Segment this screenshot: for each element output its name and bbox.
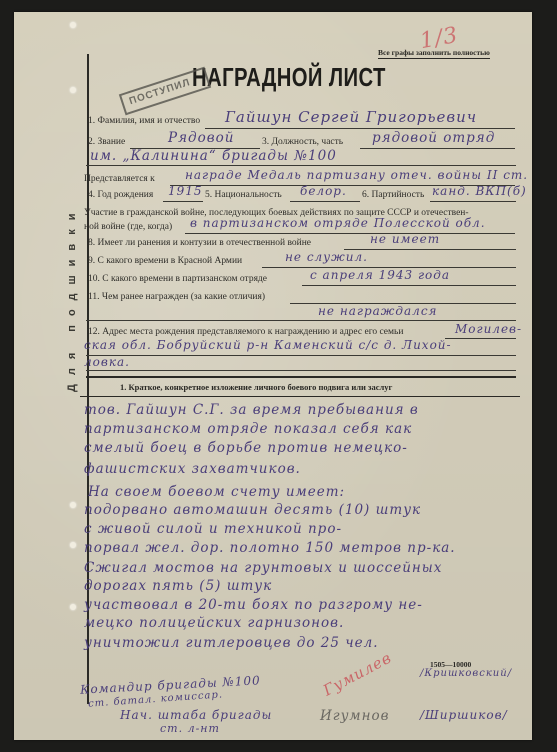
narrative-line: тов. Гайшун С.Г. за время пребывания в (84, 402, 419, 418)
chief-title: Нач. штаба бригады (120, 708, 272, 722)
underline (185, 233, 515, 234)
field-label-position: 3. Должность, часть (262, 137, 343, 147)
field-value-birth-year: 1915 (168, 184, 203, 198)
chief-rank: ст. л-нт (160, 722, 220, 735)
field-label-rank: 2. Звание (88, 137, 125, 147)
field-value-address-cont: ская обл. Бобруйский р-н Каменский с/с д… (84, 338, 452, 352)
underline (445, 338, 516, 339)
field-value-position: рядовой отряд (372, 130, 495, 146)
punch-hole (70, 87, 76, 93)
field-label-civil-war-2: ной войне (где, когда) (84, 222, 172, 232)
narrative-line: мецко полицейских гарнизонов. (84, 615, 344, 631)
underline (86, 355, 516, 356)
field-value-nationality: белор. (300, 184, 347, 198)
narrative-line: дорогах пять (5) штук (84, 578, 272, 594)
narrative-line: подорвано автомашин десять (10) штук (84, 502, 421, 518)
field-value-nominated: награде Медаль партизану отеч. войны II … (185, 168, 528, 182)
underline (302, 285, 516, 286)
field-label-partisan: 10. С какого времени в партизанском отря… (88, 274, 267, 284)
underline (205, 128, 515, 129)
field-value-prev-awards: не награждался (318, 304, 438, 318)
commander-name: /Кришковский/ (420, 668, 512, 679)
narrative-line: На своем боевом счету имеет: (88, 484, 345, 500)
field-value-partisan: с апреля 1943 года (310, 268, 450, 282)
field-value-civil-war: в партизанском отряде Полесской обл. (190, 216, 486, 230)
punch-hole (70, 604, 76, 610)
narrative-line: смелый боец в борьбе против немецко- (84, 440, 408, 456)
section-title: 1. Краткое, конкретное изложение личного… (120, 382, 392, 392)
underline (86, 320, 516, 321)
narrative-line: уничтожил гитлеровцев до 25 чел. (84, 635, 378, 651)
field-label-address: 12. Адрес места рождения представляемого… (88, 327, 403, 337)
grey-signature: Игумнов (320, 708, 390, 724)
field-label-prev-awards: 11. Чем ранее награжден (за какие отличи… (88, 292, 265, 302)
underline (86, 165, 516, 166)
narrative-line: Сжигал мостов на грунтовых и шоссейных (84, 560, 442, 576)
field-label-red-army: 9. С какого времени в Красной Армии (88, 256, 242, 266)
underline (290, 201, 360, 202)
narrative-line: порвал жел. дор. полотно 150 метров пр-к… (84, 540, 456, 556)
punch-hole (70, 22, 76, 28)
underline (163, 201, 203, 202)
field-value-address: Могилев- (455, 322, 522, 336)
field-label-name: 1. Фамилия, имя и отчество (88, 116, 200, 126)
field-label-party: 6. Партийность (362, 190, 424, 200)
field-value-red-army: не служил. (285, 250, 368, 264)
field-value-wounds: не имеет (370, 232, 440, 246)
field-label-nationality: 5. Национальность (205, 190, 282, 200)
field-label-nominated: Представляется к (84, 174, 155, 184)
field-label-birth-year: 4. Год рождения (88, 190, 153, 200)
instruction-note: Все графы заполнить полностью (378, 48, 490, 59)
underline (360, 148, 515, 149)
underline (86, 370, 516, 371)
field-value-name: Гайшун Сергей Григорьевич (225, 108, 477, 126)
underline (344, 249, 516, 250)
narrative-line: партизанском отряде показал себя как (84, 421, 412, 437)
section-divider (86, 376, 516, 378)
section-divider (80, 396, 520, 397)
narrative-line: с живой силой и техникой про- (84, 521, 342, 537)
field-value-position-cont: им. „Калинина“ бригады №100 (90, 148, 337, 164)
page-title: НАГРАДНОЙ ЛИСТ (192, 62, 386, 93)
narrative-line: фашистских захватчиков. (84, 461, 301, 477)
binding-label: Для подшивки (66, 205, 78, 392)
punch-hole (70, 502, 76, 508)
field-value-party: канд. ВКП(б) (432, 184, 527, 198)
field-label-wounds: 8. Имеет ли ранения и контузии в отечест… (88, 238, 311, 248)
field-value-rank: Рядовой (168, 130, 234, 146)
field-value-address-cont2: ловка. (84, 355, 130, 369)
underline (430, 201, 516, 202)
narrative-line: участвовал в 20-ти боях по разгрому не- (84, 597, 423, 613)
punch-hole (70, 542, 76, 548)
chief-name: /Ширшиков/ (420, 708, 508, 722)
